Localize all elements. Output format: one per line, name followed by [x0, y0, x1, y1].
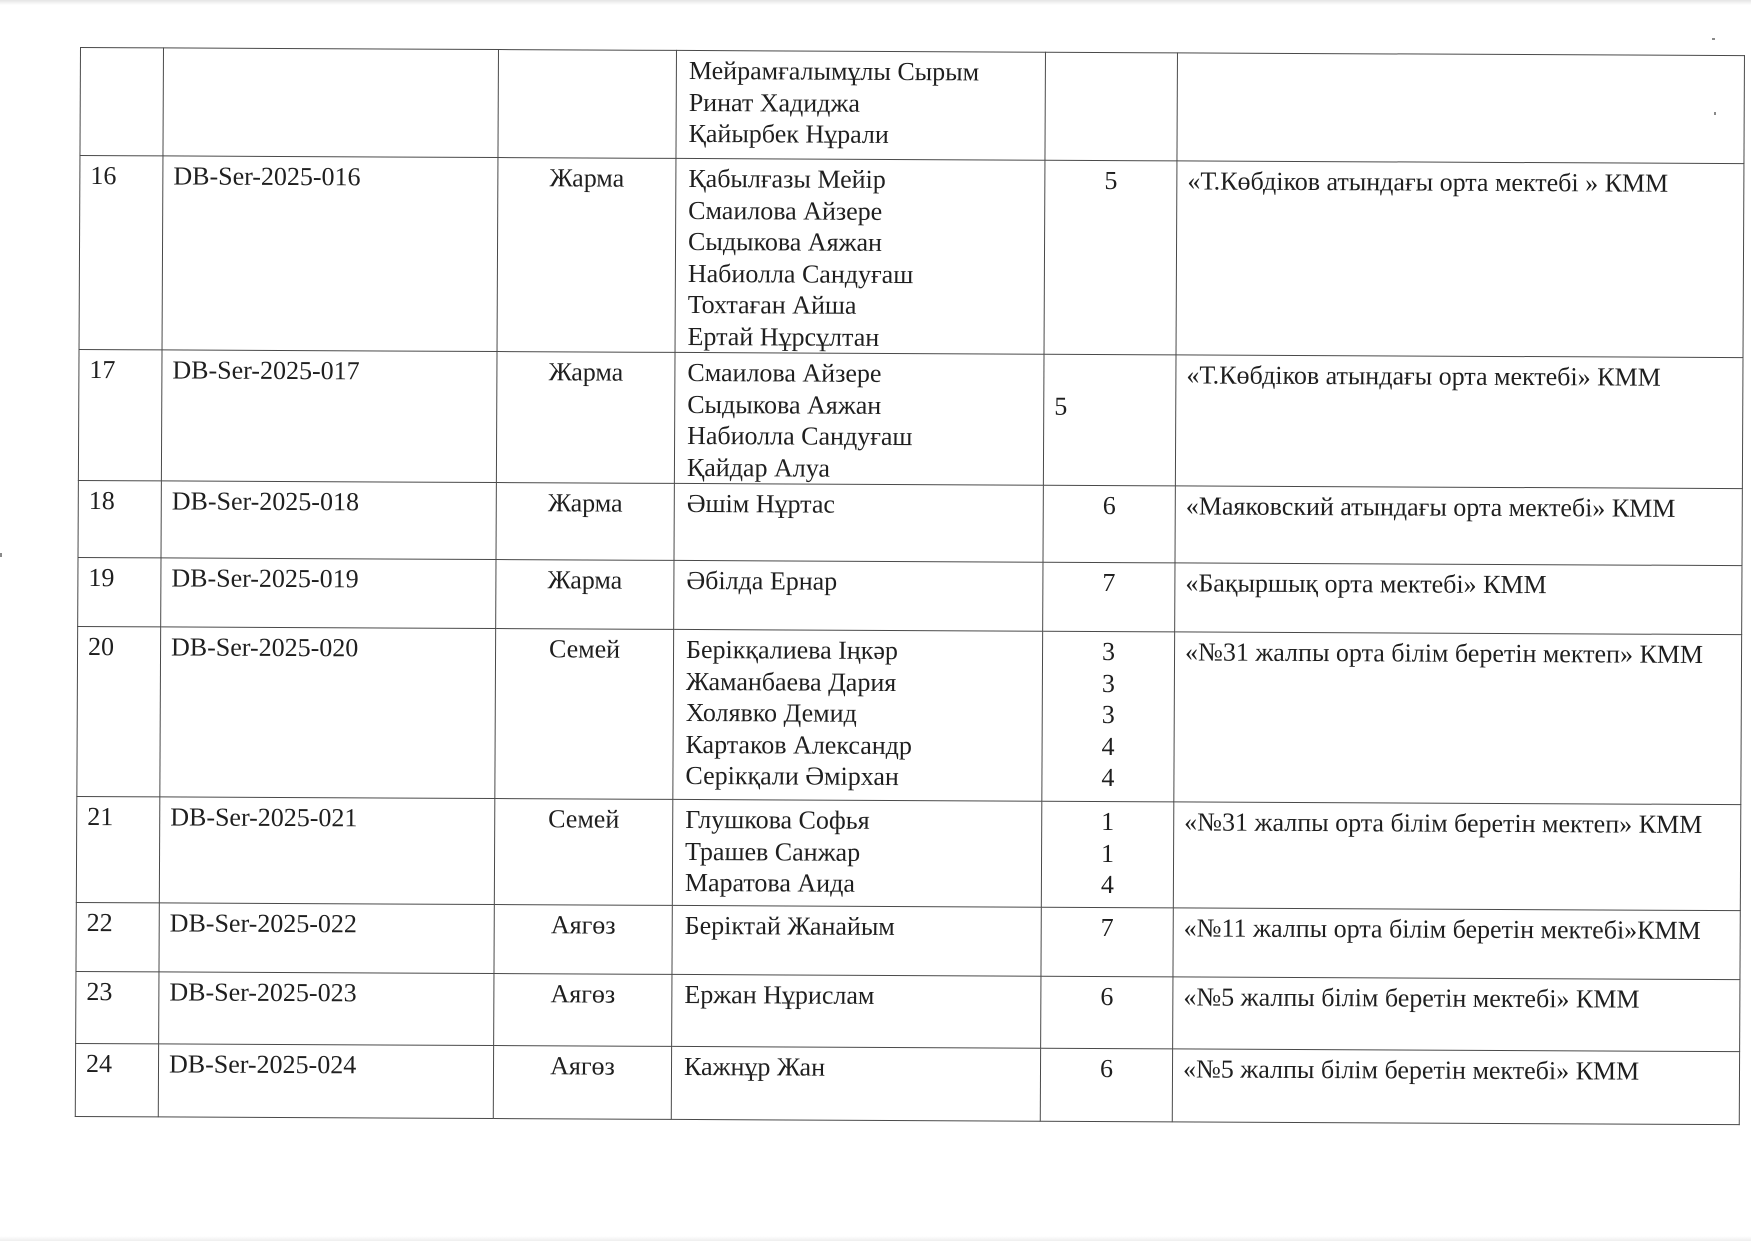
school-cell: «Маяковский атындағы орта мектебі» КММ	[1175, 486, 1742, 566]
participants-cell: Глушкова СофьяТрашев СанжарМаратова Аида	[672, 799, 1042, 907]
grade-value: 4	[1043, 730, 1174, 762]
row-number-cell: 20	[77, 626, 161, 796]
region-cell: Жарма	[496, 483, 674, 561]
region-cell: Аягөз	[494, 974, 672, 1047]
participant-name: Қайырбек Нұрали	[689, 118, 1045, 151]
participants-cell: Берікқалиева ІңкәрЖаманбаева ДарияХолявк…	[673, 629, 1043, 801]
table-row: 20DB-Ser-2025-020СемейБерікқалиева Іңкәр…	[77, 626, 1742, 804]
table-row: 16DB-Ser-2025-016ЖармаҚабылғазы МейірСма…	[79, 156, 1744, 358]
grade-value: 1	[1042, 837, 1173, 869]
participant-name: Набиолла Сандуғаш	[687, 420, 1043, 453]
participants-cell: Смаилова АйзереСыдыкова АяжанНабиолла Са…	[674, 352, 1044, 485]
participants-cell: Мейрамғалымұлы СырымРинат ХадиджаҚайырбе…	[676, 50, 1046, 160]
registration-code-cell	[163, 48, 499, 158]
table-row: 19DB-Ser-2025-019ЖармаӘбілда Ернар7«Бақы…	[78, 557, 1742, 634]
grade-value: 6	[1041, 981, 1172, 1013]
participant-name: Сыдыкова Аяжан	[687, 388, 1043, 421]
participants-cell: Қабылғазы МейірСмаилова АйзереСыдыкова А…	[675, 158, 1045, 354]
grade-value: 3	[1043, 636, 1174, 668]
table-row: 18DB-Ser-2025-018ЖармаӘшім Нұртас6«Маяко…	[78, 480, 1742, 565]
school-name: «№5 жалпы білім беретін мектебі» КММ	[1183, 1054, 1639, 1085]
table-row: 17DB-Ser-2025-017ЖармаСмаилова АйзереСыд…	[78, 349, 1743, 488]
region-name: Жарма	[549, 357, 624, 386]
table-row: 22DB-Ser-2025-022АягөзБеріктай Жанайым7«…	[76, 902, 1740, 979]
participant-name: Қабылғазы Мейір	[688, 163, 1044, 196]
school-name: «№31 жалпы орта білім беретін мектеп» КМ…	[1185, 637, 1703, 669]
region-name: Жарма	[549, 163, 624, 192]
registration-code-cell: DB-Ser-2025-019	[161, 558, 496, 629]
participants-cell: Беріктай Жанайым	[672, 905, 1041, 976]
grade-cell: 5	[1043, 354, 1176, 486]
participant-name: Әбілда Ернар	[686, 565, 1042, 598]
registration-code-cell: DB-Ser-2025-016	[162, 156, 498, 352]
registration-code: DB-Ser-2025-018	[172, 486, 359, 516]
grade-cell: 114	[1041, 801, 1174, 908]
registration-code: DB-Ser-2025-023	[169, 977, 356, 1007]
region-cell: Семей	[494, 799, 673, 906]
region-name: Жарма	[548, 488, 623, 517]
registration-code: DB-Ser-2025-019	[171, 563, 358, 593]
grade-value	[1046, 57, 1177, 89]
registration-code: DB-Ser-2025-021	[170, 802, 357, 832]
grade-value: 4	[1042, 762, 1173, 794]
grade-value: 1	[1042, 806, 1173, 838]
row-number-cell: 16	[79, 156, 163, 350]
participants-cell: Кажнұр Жан	[671, 1046, 1040, 1121]
row-number: 19	[88, 563, 114, 592]
participant-name: Беріктай Жанайым	[685, 910, 1041, 943]
participant-name: Ертай Нұрсұлтан	[688, 320, 1044, 353]
participant-name: Әшім Нұртас	[687, 488, 1043, 521]
grade-cell: 6	[1043, 485, 1175, 563]
participant-name: Сыдыкова Аяжан	[688, 226, 1044, 259]
participant-name: Мейрамғалымұлы Сырым	[689, 55, 1045, 88]
participant-name: Тохтаған Айша	[688, 289, 1044, 322]
participant-name: Маратова Аида	[685, 867, 1041, 900]
grade-value: 3	[1043, 667, 1174, 699]
registration-code-cell: DB-Ser-2025-018	[161, 481, 496, 560]
grade-value: 3	[1043, 699, 1174, 731]
participants-cell: Әбілда Ернар	[674, 560, 1043, 631]
school-name: «№5 жалпы білім беретін мектебі» КММ	[1183, 982, 1639, 1013]
school-name: «Бақыршық орта мектебі» КММ	[1185, 568, 1546, 599]
school-name: «Маяковский атындағы орта мектебі» КММ	[1186, 491, 1676, 522]
grade-cell: 33344	[1042, 631, 1175, 802]
participant-name: Трашев Санжар	[685, 835, 1041, 868]
participant-name: Картаков Александр	[686, 728, 1042, 761]
row-number-cell: 22	[76, 902, 159, 971]
region-name: Аягөз	[550, 979, 615, 1008]
school-cell: «Т.Көбдіков атындағы орта мектебі» КММ	[1175, 355, 1743, 489]
registration-code: DB-Ser-2025-016	[173, 161, 360, 191]
row-number: 20	[88, 632, 114, 661]
scan-edge-bottom	[0, 1236, 1751, 1241]
scan-speck	[1712, 38, 1715, 40]
participant-name: Ринат Хадиджа	[689, 86, 1045, 119]
school-cell: «№11 жалпы орта білім беретін мектебі»КМ…	[1173, 908, 1740, 980]
grade-value: 6	[1044, 490, 1175, 522]
table-row: 21DB-Ser-2025-021СемейГлушкова СофьяТраш…	[76, 796, 1740, 910]
grade-value: 7	[1043, 567, 1174, 599]
school-cell: «Бақыршық орта мектебі» КММ	[1175, 563, 1742, 635]
registration-code-cell: DB-Ser-2025-020	[160, 627, 496, 799]
region-cell: Аягөз	[494, 905, 672, 975]
grade-value: 7	[1042, 912, 1173, 944]
school-name: «Т.Көбдіков атындағы орта мектебі» КММ	[1186, 360, 1660, 391]
row-number: 22	[87, 908, 113, 937]
registration-code: DB-Ser-2025-024	[169, 1049, 356, 1079]
participant-name: Серікқали Әмірхан	[685, 760, 1041, 793]
region-cell	[498, 50, 677, 159]
registration-code: DB-Ser-2025-017	[172, 355, 359, 385]
row-number: 16	[90, 161, 116, 190]
region-cell: Жарма	[496, 560, 674, 630]
participant-name: Набиолла Сандуғаш	[688, 257, 1044, 290]
participant-name: Қайдар Алуа	[687, 451, 1043, 484]
grade-cell	[1045, 52, 1178, 161]
participant-name: Жаманбаева Дария	[686, 665, 1042, 698]
school-name: «№31 жалпы орта білім беретін мектеп» КМ…	[1184, 807, 1702, 839]
grade-value	[1054, 359, 1175, 391]
school-cell: «№5 жалпы білім беретін мектебі» КММ	[1173, 977, 1740, 1052]
table-row: 23DB-Ser-2025-023АягөзЕржан Нұрислам6«№5…	[76, 971, 1740, 1051]
school-cell: «№31 жалпы орта білім беретін мектеп» КМ…	[1174, 632, 1742, 805]
participant-name: Холявко Демид	[686, 697, 1042, 730]
region-cell: Аягөз	[493, 1046, 671, 1120]
participants-cell: Ержан Нұрислам	[672, 974, 1041, 1048]
participant-name: Смаилова Айзере	[687, 357, 1043, 390]
school-cell: «№5 жалпы білім беретін мектебі» КММ	[1172, 1049, 1739, 1125]
participant-name: Глушкова Софья	[685, 804, 1041, 837]
row-number-cell: 19	[78, 557, 161, 626]
registration-code: DB-Ser-2025-022	[170, 908, 357, 938]
grade-cell: 7	[1041, 907, 1173, 977]
school-name: «№11 жалпы орта білім беретін мектебі»КМ…	[1184, 913, 1701, 945]
grade-value: 6	[1041, 1053, 1172, 1085]
school-name: «Т.Көбдіков атындағы орта мектебі » КММ	[1187, 166, 1668, 197]
participant-name: Кажнұр Жан	[684, 1051, 1040, 1084]
row-number-cell: 17	[78, 349, 162, 480]
region-cell: Семей	[495, 629, 674, 800]
region-cell: Жарма	[496, 352, 675, 484]
school-cell	[1177, 53, 1745, 164]
grade-cell: 6	[1041, 976, 1173, 1049]
scan-speck	[0, 553, 2, 557]
region-name: Семей	[548, 804, 619, 833]
row-number-cell: 18	[78, 480, 161, 557]
grade-cell: 7	[1043, 562, 1175, 632]
grade-cell: 6	[1040, 1048, 1172, 1122]
registration-code-cell: DB-Ser-2025-021	[159, 797, 495, 905]
table-body: Мейрамғалымұлы СырымРинат ХадиджаҚайырбе…	[75, 48, 1744, 1125]
region-name: Аягөз	[551, 910, 616, 939]
region-cell: Жарма	[497, 158, 676, 353]
participants-table: Мейрамғалымұлы СырымРинат ХадиджаҚайырбе…	[75, 47, 1745, 1125]
row-number-cell: 21	[76, 796, 160, 902]
grade-value: 4	[1042, 869, 1173, 901]
registration-code: DB-Ser-2025-020	[171, 632, 358, 662]
grade-cell: 5	[1044, 160, 1177, 355]
table-row-continuation: Мейрамғалымұлы СырымРинат ХадиджаҚайырбе…	[80, 48, 1745, 164]
region-name: Аягөз	[550, 1051, 615, 1080]
school-cell: «№31 жалпы орта білім беретін мектеп» КМ…	[1173, 802, 1741, 911]
participant-name: Смаилова Айзере	[688, 194, 1044, 227]
region-name: Семей	[549, 634, 620, 663]
registration-code-cell: DB-Ser-2025-024	[158, 1044, 493, 1119]
row-number: 24	[86, 1049, 112, 1078]
row-number-cell: 23	[76, 971, 159, 1043]
row-number-cell	[80, 48, 164, 156]
row-number: 23	[86, 977, 112, 1006]
grade-value: 5	[1054, 390, 1175, 422]
registration-code-cell: DB-Ser-2025-017	[161, 350, 497, 483]
registration-code-cell: DB-Ser-2025-023	[159, 972, 494, 1046]
row-number: 18	[89, 486, 115, 515]
row-number: 17	[89, 355, 115, 384]
region-name: Жарма	[548, 565, 623, 594]
school-cell: «Т.Көбдіков атындағы орта мектебі » КММ	[1176, 161, 1744, 358]
table-row: 24DB-Ser-2025-024АягөзКажнұр Жан6«№5 жал…	[75, 1043, 1739, 1124]
row-number: 21	[87, 802, 113, 831]
scan-edge-top	[0, 0, 1751, 5]
grade-value: 5	[1045, 165, 1176, 197]
participants-cell: Әшім Нұртас	[674, 483, 1043, 562]
participant-name: Ержан Нұрислам	[684, 979, 1040, 1012]
registration-code-cell: DB-Ser-2025-022	[159, 903, 494, 974]
row-number-cell: 24	[75, 1043, 158, 1116]
participant-name: Берікқалиева Іңкәр	[686, 634, 1042, 667]
